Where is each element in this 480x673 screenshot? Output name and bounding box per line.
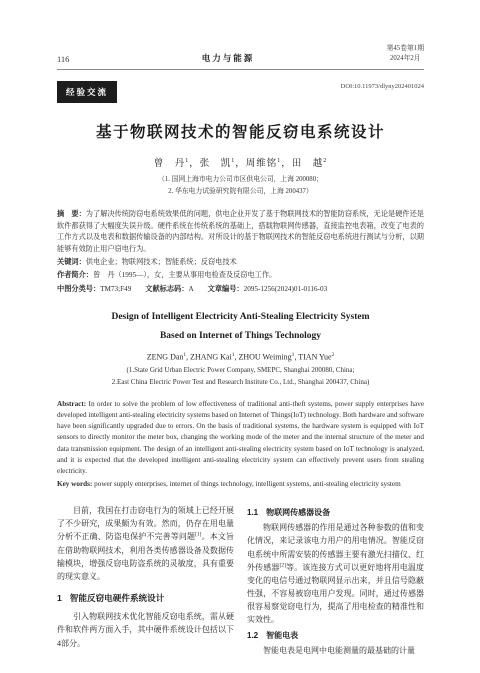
- intro-paragraph: 目前，我国在打击窃电行为的领域上已经开展了不少研究，成果颇为有效。然而，仍存在用…: [57, 504, 234, 583]
- clc-number: TM73;F49: [100, 285, 131, 293]
- issue-date: 2024年2月: [387, 54, 424, 64]
- abstract-en-text: In order to solve the problem of low eff…: [57, 400, 424, 476]
- author-name-en: TIAN Yue: [298, 353, 331, 362]
- article-title-en: Design of Intelligent Electricity Anti-S…: [57, 308, 424, 345]
- article-id-label: 文章编号：: [208, 285, 244, 293]
- volume-issue-block: 第45卷第1期 2024年2月: [387, 44, 424, 64]
- section-1-title: 智能反窃电硬件系统设计: [70, 593, 165, 603]
- affiliation-line: （1. 国网上海市电力公司市区供电公司，上海 200080；: [57, 174, 424, 186]
- author-name: 曾 丹: [154, 159, 186, 169]
- body-columns: 目前，我国在打击窃电行为的领域上已经开展了不少研究，成果颇为有效。然而，仍存在用…: [57, 504, 424, 657]
- author-name: 田 越: [292, 159, 324, 169]
- section-1-1-heading: 1.1物联网传感器设备: [247, 506, 424, 519]
- section-1-paragraph: 引入物联网技术优化智能反窃电系统，需从硬件和软件两方面入手，其中硬件系统设计包括…: [57, 610, 234, 650]
- section-1-1-paragraph: 物联网传感器的作用是通过各种参数的值和变化情况，来记录该电力用户的用电情况。智能…: [247, 521, 424, 627]
- abstract-cn-text: 为了解决传统防窃电系统效果低的问题，供电企业开发了基于物联网技术的智能防窃系统，…: [57, 210, 424, 252]
- doi-text: DOI:10.11973/dlyny202401024: [341, 81, 424, 90]
- section-1-1-title: 物联网传感器设备: [266, 508, 330, 517]
- keywords-cn-text: 供电企业；物联网技术；智能系统；反窃电技术: [86, 258, 237, 266]
- author-bio-text: 曾 丹（1995—），女，主要从事用电检查及反窃电工作。: [93, 271, 276, 279]
- title-en-line1: Design of Intelligent Electricity Anti-S…: [57, 308, 424, 327]
- author-bio: 作者简介：曾 丹（1995—），女，主要从事用电检查及反窃电工作。: [57, 270, 424, 281]
- doc-code-label: 文献标志码：: [145, 285, 188, 293]
- title-en-line2: Based on Internet of Things Technology: [57, 327, 424, 346]
- authors-en: ZENG Dan1, ZHANG Kai1, ZHOU Weiming1, TI…: [57, 352, 424, 362]
- section-1-2-paragraph: 智能电表是电网中电能测量的最基础的计量: [247, 644, 424, 657]
- section-1-2-number: 1.2: [247, 631, 258, 640]
- section-1-heading: 1智能反窃电硬件系统设计: [57, 591, 234, 605]
- body-column-left: 目前，我国在打击窃电行为的领域上已经开展了不少研究，成果颇为有效。然而，仍存在用…: [57, 504, 234, 657]
- affiliation-en-line: (1.State Grid Urban Electric Power Compa…: [57, 365, 424, 377]
- column-badge: 经验交流: [57, 81, 117, 103]
- abstract-cn-label: 摘 要：: [57, 210, 86, 218]
- abstract-cn: 摘 要：为了解决传统防窃电系统效果低的问题，供电企业开发了基于物联网技术的智能防…: [57, 209, 424, 255]
- author-name-en: ZHOU Weiming: [238, 353, 291, 362]
- classification-line: 中图分类号：TM73;F49文献标志码：A文章编号：2095-1256(2024…: [57, 284, 424, 295]
- author-name: 张 凯: [200, 159, 232, 169]
- article-id: 2095-1256(2024)01-0116-03: [244, 285, 328, 293]
- abstract-en: Abstract: In order to solve the problem …: [57, 399, 424, 478]
- keywords-cn: 关键词：供电企业；物联网技术；智能系统；反窃电技术: [57, 257, 424, 268]
- author-name-en: ZHANG Kai: [190, 353, 232, 362]
- author-affil-mark: 2: [323, 158, 327, 164]
- affiliation-line: 2. 华东电力试验研究院有限公司，上海 200437）: [57, 186, 424, 198]
- keywords-en: Key words: power supply enterprises, int…: [57, 479, 424, 490]
- section-1-number: 1: [57, 593, 62, 603]
- affiliation-en-line: 2.East China Electric Power Test and Res…: [57, 377, 424, 389]
- authors-cn: 曾 丹1，张 凯1，周维铭1，田 越2: [57, 155, 424, 169]
- abstract-en-label: Abstract:: [57, 400, 86, 408]
- volume-issue: 第45卷第1期: [387, 44, 424, 54]
- keywords-cn-label: 关键词：: [57, 258, 86, 266]
- body-column-right: 1.1物联网传感器设备 物联网传感器的作用是通过各种参数的值和变化情况，来记录该…: [247, 504, 424, 657]
- journal-running-header: 116 电力与能源 第45卷第1期 2024年2月: [57, 44, 424, 70]
- keywords-en-label: Key words:: [57, 480, 92, 488]
- affiliations-cn: （1. 国网上海市电力公司市区供电公司，上海 200080； 2. 华东电力试验…: [57, 174, 424, 198]
- author-bio-label: 作者简介：: [57, 271, 93, 279]
- badge-doi-row: 经验交流 DOI:10.11973/dlyny202401024: [57, 81, 424, 103]
- author-name: 周维铭: [246, 159, 278, 169]
- affiliations-en: (1.State Grid Urban Electric Power Compa…: [57, 365, 424, 389]
- section-1-2-title: 智能电表: [266, 631, 298, 640]
- journal-name: 电力与能源: [202, 52, 255, 64]
- clc-label: 中图分类号：: [57, 285, 100, 293]
- journal-page: 116 电力与能源 第45卷第1期 2024年2月 经验交流 DOI:10.11…: [0, 0, 480, 673]
- author-name-en: ZENG Dan: [147, 353, 184, 362]
- article-title-cn: 基于物联网技术的智能反窃电系统设计: [57, 120, 424, 142]
- section-1-1-number: 1.1: [247, 508, 258, 517]
- keywords-en-text: power supply enterprises, internet of th…: [94, 480, 401, 488]
- doc-code: A: [188, 285, 193, 293]
- section-1-2-heading: 1.2智能电表: [247, 629, 424, 642]
- page-number: 116: [57, 54, 69, 64]
